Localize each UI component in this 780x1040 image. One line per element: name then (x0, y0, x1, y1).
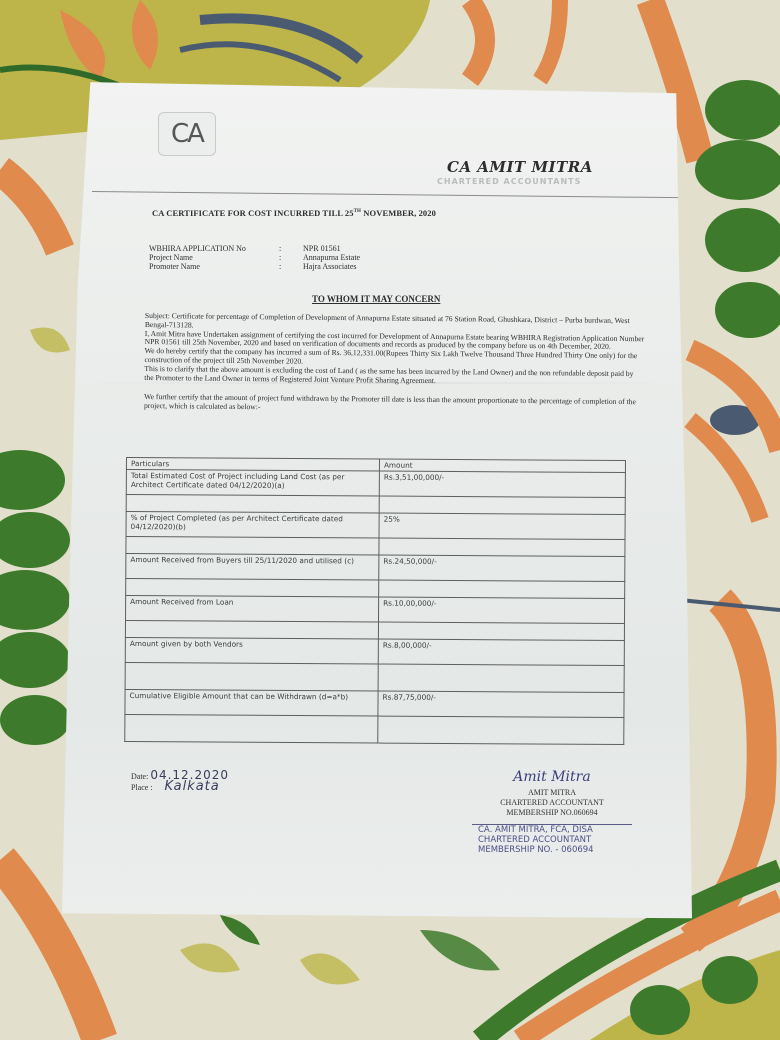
amount-cell: Rs.87,75,000/- (378, 691, 624, 718)
firm-name: CA AMIT MITRA (447, 158, 593, 176)
table-row: Amount Received from Loan Rs.10,00,000/- (126, 596, 625, 624)
certificate-body: Subject: Certificate for percentage of C… (144, 312, 645, 416)
meta-value: Hajra Associates (303, 262, 357, 271)
particular-cell: Amount Received from Loan (126, 596, 379, 623)
ca-logo: CA (158, 112, 216, 156)
calculation-table: Particulars Amount Total Estimated Cost … (124, 457, 626, 745)
firm-subtitle: CHARTERED ACCOUNTANTS (437, 177, 581, 186)
table-row: Total Estimated Cost of Project includin… (126, 470, 625, 498)
meta-row-application: WBHIRA APPLICATION No : NPR 01561 (149, 244, 360, 253)
date-place-block: Date: 04.12.2020 Place : Kalkata (131, 770, 229, 793)
meta-label: Project Name (149, 253, 279, 262)
certificate-document: CA CA AMIT MITRA CHARTERED ACCOUNTANTS C… (62, 72, 692, 920)
amount-cell: Rs.24,50,000/- (379, 555, 625, 582)
rubber-stamp: CA. AMIT MITRA, FCA, DISA CHARTERED ACCO… (472, 824, 632, 855)
particular-cell: Amount Received from Buyers till 25/11/2… (126, 554, 379, 581)
to-whom-heading: TO WHOM IT MAY CONCERN (312, 294, 440, 304)
table-row-empty (125, 714, 624, 744)
amount-cell: Rs.8,00,000/- (378, 639, 624, 666)
signatory-membership: MEMBERSHIP NO.060694 (472, 808, 632, 818)
application-details: WBHIRA APPLICATION No : NPR 01561 Projec… (149, 244, 360, 271)
meta-separator: : (279, 262, 303, 271)
amount-cell: Rs.3,51,00,000/- (379, 471, 625, 498)
signatory-title: CHARTERED ACCOUNTANT (472, 798, 632, 808)
certificate-title-sup: TH (354, 209, 361, 214)
signature: Amit Mitra (472, 772, 632, 788)
meta-row-promoter: Promoter Name : Hajra Associates (149, 262, 360, 271)
meta-separator: : (279, 253, 303, 262)
certificate-title-post: NOVEMBER, 2020 (361, 208, 436, 218)
particular-cell: Total Estimated Cost of Project includin… (126, 470, 379, 497)
particular-cell: Cumulative Eligible Amount that can be W… (125, 689, 378, 716)
header-divider (92, 191, 682, 198)
stamp-line: CHARTERED ACCOUNTANT (478, 835, 632, 845)
meta-row-project: Project Name : Annapurna Estate (149, 253, 360, 262)
signatory-block: Amit Mitra AMIT MITRA CHARTERED ACCOUNTA… (472, 772, 632, 855)
meta-value: Annapurna Estate (303, 253, 360, 262)
meta-value: NPR 01561 (303, 244, 341, 253)
table-row: % of Project Completed (as per Architect… (126, 512, 625, 540)
meta-separator: : (279, 244, 303, 253)
table-row-empty (125, 662, 624, 692)
body-paragraph: We further certify that the amount of pr… (144, 393, 644, 416)
stamp-line: CA. AMIT MITRA, FCA, DISA (478, 825, 632, 835)
table-row: Amount Received from Buyers till 25/11/2… (126, 554, 625, 582)
place-line: Place : Kalkata (131, 782, 229, 793)
signatory-name: AMIT MITRA (472, 788, 632, 798)
particular-cell: % of Project Completed (as per Architect… (126, 512, 379, 539)
certificate-title: CA CERTIFICATE FOR COST INCURRED TILL 25… (152, 208, 436, 218)
table-row: Cumulative Eligible Amount that can be W… (125, 689, 624, 717)
table-row: Amount given by both Vendors Rs.8,00,000… (125, 637, 624, 665)
amount-cell: 25% (379, 513, 625, 540)
place-label: Place : (131, 783, 153, 792)
meta-label: Promoter Name (149, 262, 279, 271)
handwritten-place: Kalkata (165, 779, 220, 794)
certificate-title-pre: CA CERTIFICATE FOR COST INCURRED TILL 25 (152, 208, 354, 218)
particular-cell: Amount given by both Vendors (125, 637, 378, 664)
date-label: Date: (131, 772, 148, 781)
meta-label: WBHIRA APPLICATION No (149, 244, 279, 253)
amount-cell: Rs.10,00,000/- (378, 597, 624, 624)
stamp-line: MEMBERSHIP NO. - 060694 (478, 845, 632, 855)
